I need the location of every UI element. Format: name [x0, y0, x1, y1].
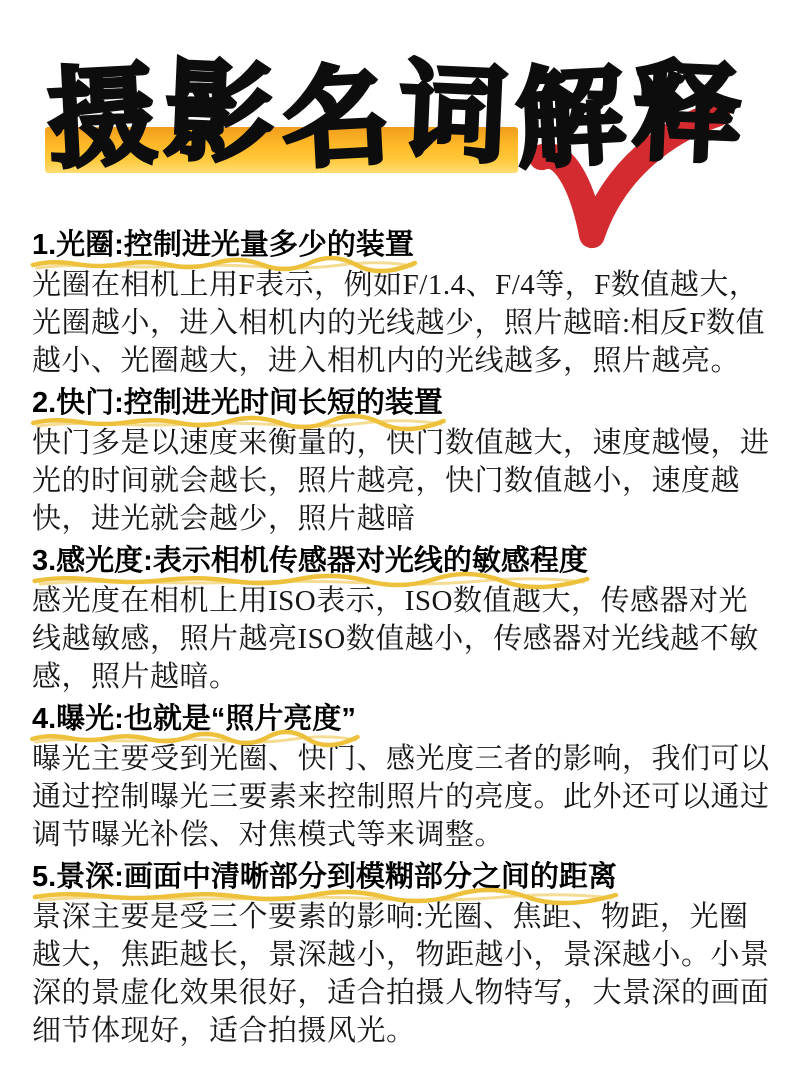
heading-underline-icon: [29, 257, 419, 271]
heading-underline-icon: [29, 731, 361, 745]
page-title: 摄影名词解释: [48, 62, 750, 170]
section-body: 快门多是以速度来衡量的，快门数值越大，速度越慢，进光的时间就会越长，照片越亮，快…: [32, 424, 772, 538]
heading-underline-icon: [29, 889, 622, 903]
infographic-page: 摄影名词解释 1.光圈:控制进光量多少的装置 光圈在相机上用F表示，例如F/1.…: [0, 0, 800, 1069]
section-heading: 3.感光度:表示相机传感器对光线的敏感程度: [32, 541, 772, 581]
section-heading: 4.曝光:也就是“照片亮度”: [32, 699, 772, 739]
section-heading: 2.快门:控制进光时间长短的装置: [32, 383, 772, 423]
section-heading: 5.景深:画面中清晰部分到模糊部分之间的距离: [32, 857, 772, 897]
term-section-iso: 3.感光度:表示相机传感器对光线的敏感程度 感光度在相机上用ISO表示，ISO数…: [32, 541, 772, 696]
heading-underline-icon: [29, 415, 448, 429]
term-section-depth-of-field: 5.景深:画面中清晰部分到模糊部分之间的距离 景深主要是受三个要素的影响:光圈、…: [32, 857, 772, 1050]
section-body: 光圈在相机上用F表示，例如F/1.4、F/4等，F数值越大，光圈越小，进入相机内…: [32, 266, 772, 380]
title-banner: 摄影名词解释: [0, 0, 800, 220]
heading-underline-icon: [29, 573, 593, 587]
section-body: 曝光主要受到光圈、快门、感光度三者的影响，我们可以通过控制曝光三要素来控制照片的…: [32, 740, 772, 854]
definitions-list: 1.光圈:控制进光量多少的装置 光圈在相机上用F表示，例如F/1.4、F/4等，…: [0, 220, 800, 1050]
section-body: 景深主要是受三个要素的影响:光圈、焦距、物距，光圈越大，焦距越长，景深越小，物距…: [32, 898, 772, 1050]
term-section-shutter: 2.快门:控制进光时间长短的装置 快门多是以速度来衡量的，快门数值越大，速度越慢…: [32, 383, 772, 538]
section-body: 感光度在相机上用ISO表示，ISO数值越大，传感器对光线越敏感，照片越亮ISO数…: [32, 582, 772, 696]
term-section-exposure: 4.曝光:也就是“照片亮度” 曝光主要受到光圈、快门、感光度三者的影响，我们可以…: [32, 699, 772, 854]
